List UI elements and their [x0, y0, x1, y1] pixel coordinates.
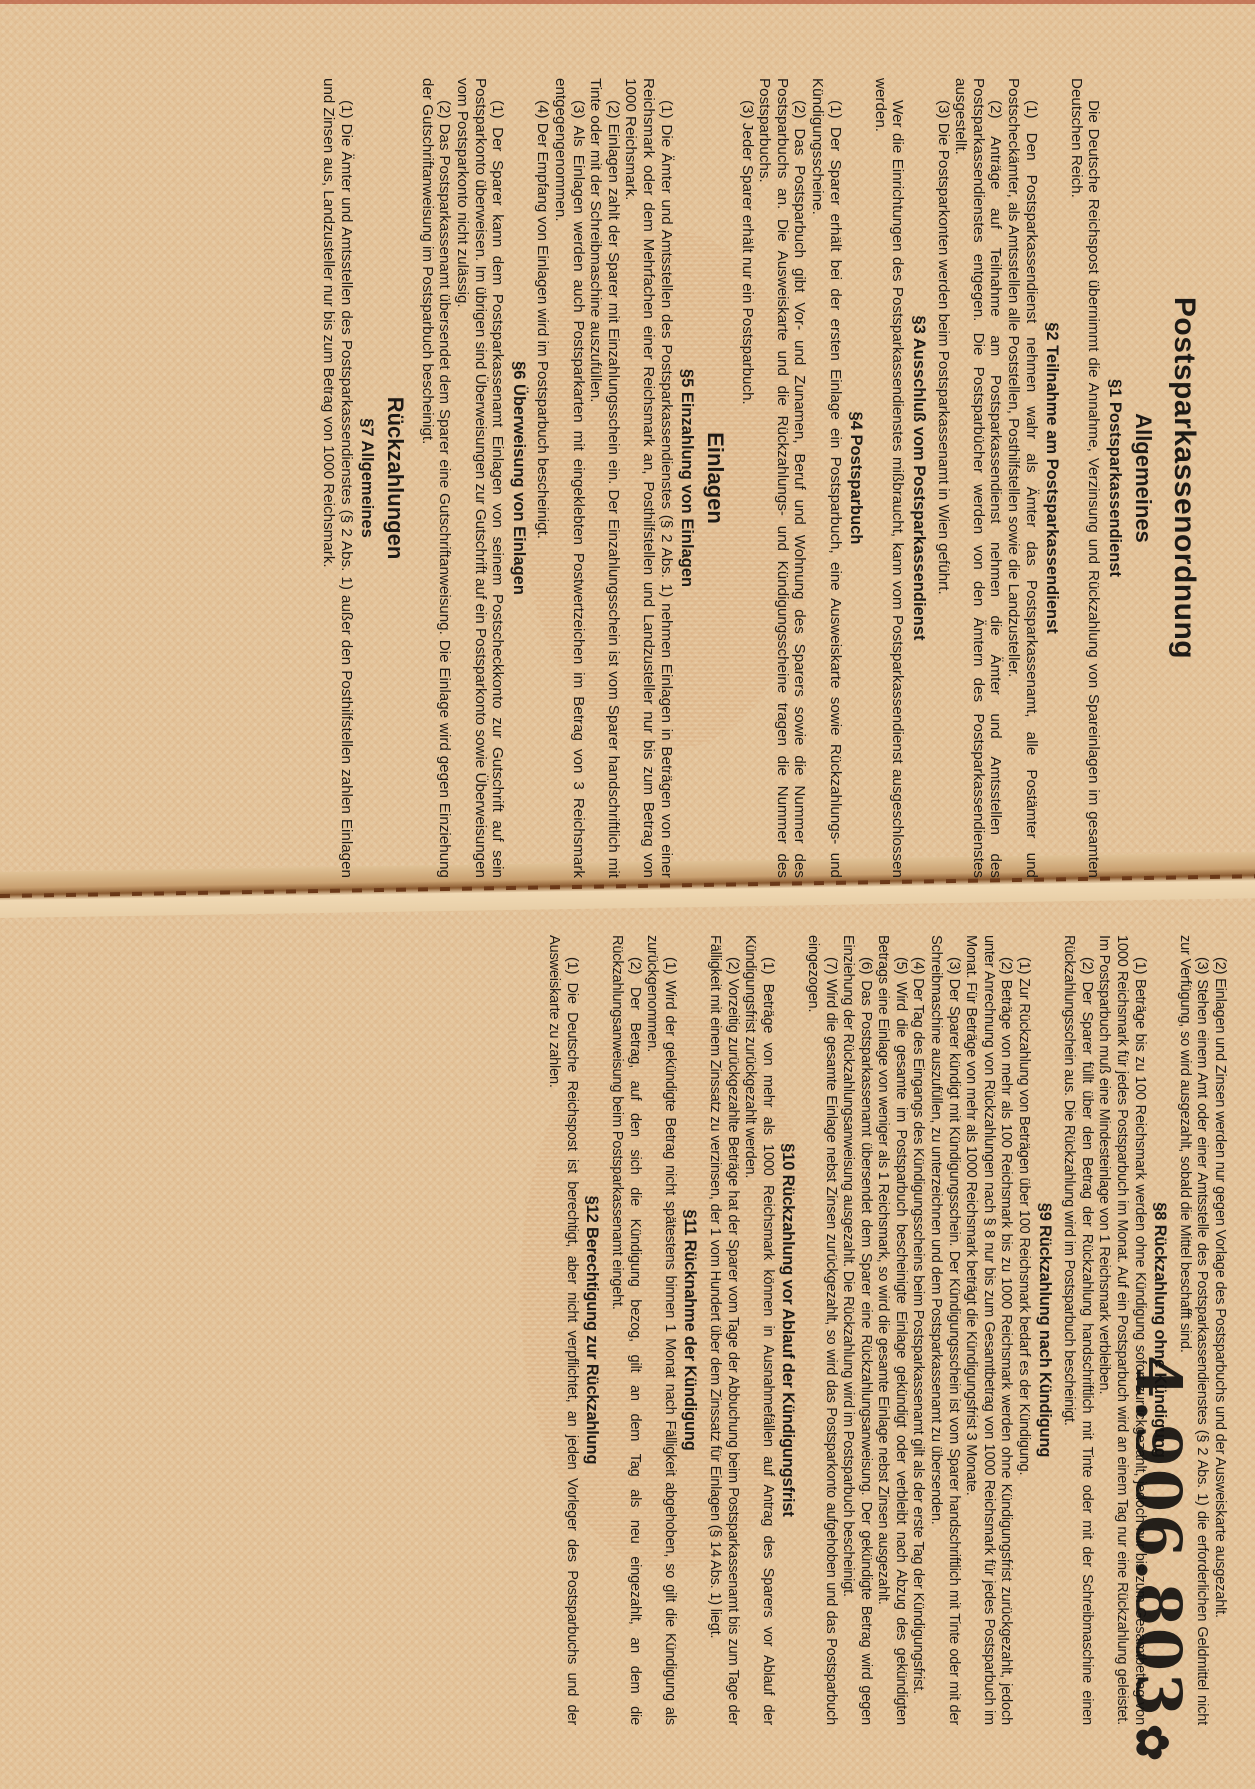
paragraph: (4) Der Tag des Eingangs des Kündigungss…	[909, 935, 927, 1725]
section-heading: §9 Rückzahlung nach Kündigung	[1035, 935, 1053, 1725]
section-heading: §11 Rücknahme der Kündigung	[681, 935, 699, 1725]
paragraph: (2) Einlagen und Zinsen werden nur gegen…	[1210, 935, 1228, 1725]
serial-number: 4.906.803	[1122, 1355, 1195, 1718]
left-page: Postsparkassenordnung Allgemeines§1 Post…	[319, 78, 1202, 878]
paragraph: (3) Der Sparer kündigt mit Kündigungssch…	[927, 935, 962, 1725]
section-heading: §5 Einzahlung von Einlagen	[678, 78, 696, 878]
paragraph: (2) Der Betrag, auf den sich die Kündigu…	[607, 935, 642, 1725]
paragraph: (5) Wird die gesamte im Postsparbuch bes…	[874, 935, 909, 1725]
section-heading: §12 Berechtigung zur Rückzahlung	[583, 935, 601, 1725]
section-heading: §10 Rückzahlung vor Ablauf der Kündigung…	[779, 935, 797, 1725]
part-heading: Einlagen	[702, 78, 728, 878]
paragraph: (1) Den Postsparkassendienst nehmen wahr…	[1004, 78, 1039, 878]
paragraph: (6) Das Postsparkassenamt übersendet dem…	[839, 935, 874, 1725]
paragraph: (2) Das Postsparkassenamt übersendet dem…	[418, 78, 453, 878]
paragraph: (1) Beträge von mehr als 1000 Reichsmark…	[741, 935, 776, 1725]
part-heading: Allgemeines	[1130, 78, 1156, 878]
paragraph: (2) Einlagen zahlt der Sparer mit Einzah…	[587, 78, 622, 878]
section-heading: §2 Teilnahme am Postsparkassendienst	[1043, 78, 1061, 878]
paragraph: (1) Der Sparer kann dem Postsparkassenam…	[453, 78, 506, 878]
paragraph: (2) Der Sparer füllt über den Betrag der…	[1060, 935, 1095, 1725]
section-heading: §6 Überweisung von Einlagen	[509, 78, 527, 878]
paragraph: (2) Anträge auf Teilnahme am Postsparkas…	[952, 78, 1005, 878]
section-heading: §3 Ausschluß vom Postsparkassendienst	[909, 78, 927, 878]
paragraph: (1) Die Ämter und Amtsstellen des Postsp…	[319, 78, 354, 878]
paragraph: (3) Die Postsparkonten werden beim Posts…	[934, 78, 952, 878]
paragraph: (4) Der Empfang von Einlagen wird im Pos…	[534, 78, 552, 878]
section-heading: §1 Postsparkassendienst	[1105, 78, 1123, 878]
paragraph: (7) Wird die gesamte Einlage nebst Zinse…	[803, 935, 838, 1725]
left-page-body: Allgemeines§1 PostsparkassendienstDie De…	[319, 78, 1156, 878]
flower-ornament-icon: ✿	[1126, 1724, 1177, 1763]
paragraph: (2) Das Postsparbuch gibt Vor- und Zunam…	[756, 78, 809, 878]
paragraph: (1) Zur Rückzahlung von Beträgen über 10…	[1014, 935, 1032, 1725]
paragraph: (3) Jeder Sparer erhält nur ein Postspar…	[738, 78, 756, 878]
paragraph: (1) Wird der gekündigte Betrag nicht spä…	[643, 935, 678, 1725]
paragraph: (2) Beträge von mehr als 100 Reichsmark …	[962, 935, 1015, 1725]
section-heading: §4 Postsparbuch	[847, 78, 865, 878]
paragraph: (1) Die Ämter und Amtsstellen des Postsp…	[622, 78, 675, 878]
paragraph: Wer die Einrichtungen des Postsparkassen…	[871, 78, 906, 878]
paragraph: Die Deutsche Reichspost übernimmt die An…	[1067, 78, 1102, 878]
part-heading: Rückzahlungen	[382, 78, 408, 878]
document-title: Postsparkassenordnung	[1166, 78, 1202, 878]
section-heading: §7 Allgemeines	[358, 78, 376, 878]
paragraph: (1) Die Deutsche Reichspost ist berechti…	[545, 935, 580, 1725]
paragraph: (2) Vorzeitig zurückgezahlte Beträge hat…	[705, 935, 740, 1725]
paragraph: (3) Als Einlagen werden auch Postsparkar…	[551, 78, 586, 878]
page-edge	[0, 0, 1255, 4]
serial-number-stamp: 4.906.803✿	[1122, 1355, 1195, 1763]
paragraph: (1) Der Sparer erhält bei der ersten Ein…	[809, 78, 844, 878]
